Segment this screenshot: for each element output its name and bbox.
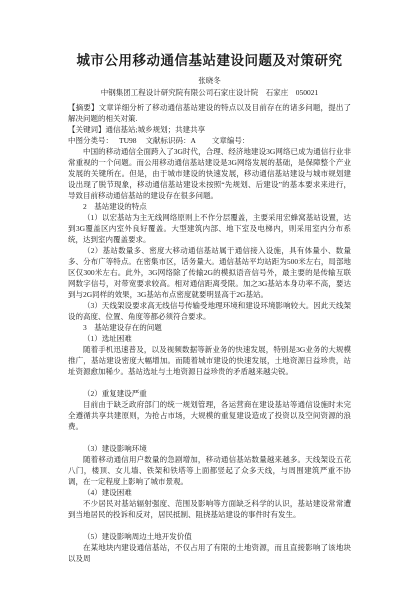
document-page: 城市公用移动通信基站建设问题及对策研究 张晓冬 中钢集团工程设计研究院有限公司石…: [0, 0, 417, 590]
body-paragraph: 不少居民对基站辐射强度、范围及影响等方面缺乏科学的认识，基站建设常常遭到当地居民…: [68, 498, 351, 520]
body-paragraph: （2）基站数量多、密度大移动通信基站属于通信接入设施，具有体量小、数量多、分布广…: [68, 245, 351, 300]
body-paragraph: 目前由于缺乏政府部门的统一规划管理，各运营商在建设基站等通信设施时未完全遵循共享…: [68, 399, 351, 432]
abstract-text: 文章详细分析了移动通信基站建设的特点以及目前存在的诸多问题，提出了解决问题的相关…: [68, 103, 351, 123]
body-paragraph: 在某地块内建设通信基站，不仅占用了有限的土地资源，而且直接影响了该地块以及周: [68, 542, 351, 564]
keywords-label: 【关键词】: [68, 125, 106, 134]
body-paragraph: （1）以宏基站为主无线网络原则上不作分层覆盖，主要采用宏蜂窝基站设置，达到3G覆…: [68, 212, 351, 245]
paper-title: 城市公用移动通信基站建设问题及对策研究: [68, 52, 351, 69]
subsection-heading: （2）重复建设严重: [68, 388, 351, 399]
doc-code-value: A: [191, 135, 196, 146]
keywords-line: 【关键词】通信基站;城乡规划；共建共享: [68, 124, 351, 135]
doc-code-label: 文献标识码：: [146, 135, 191, 146]
meta-line: 中图分类号：TU98文献标识码：A文章编号：: [68, 135, 351, 146]
subsection-heading: （1）选址困难: [68, 333, 351, 344]
body-paragraph: 中国的移动通信全面跨入了3G时代，合理、经济地建设3G网络已成为通信行业非常重视…: [68, 146, 351, 201]
blank-line: [68, 432, 351, 443]
body-paragraph: 随着手机迅速普及，以及视频数据等新业务的快速发展，特别是3G业务的大规模推广，基…: [68, 344, 351, 377]
body-paragraph: （3）天线架设要求高无线信号传输受地理环境和建设环境影响较大。因此天线架设的高度…: [68, 300, 351, 322]
abstract-line: 【摘要】文章详细分析了移动通信基站建设的特点以及目前存在的诸多问题，提出了解决问…: [68, 102, 351, 124]
clc-label: 中图分类号：: [68, 135, 113, 146]
keywords-text: 通信基站;城乡规划；共建共享: [106, 125, 206, 134]
subsection-heading: （4）建设困难: [68, 487, 351, 498]
abstract-label: 【摘要】: [68, 103, 99, 112]
section-heading: 3 基站建设存在的问题: [68, 322, 351, 333]
body-paragraph: 随着移动通信用户数量的急剧增加，移动通信基站数量越来越多。天线架设五花八门，楼顶…: [68, 454, 351, 487]
subsection-heading: （5）建设影响周边土地开发价值: [68, 531, 351, 542]
subsection-heading: （3）建设影响环境: [68, 443, 351, 454]
blank-line: [68, 377, 351, 388]
section-heading: 2 基站建设的特点: [68, 201, 351, 212]
author-affiliation: 中钢集团工程设计研究院有限公司石家庄设计院 石家庄 050021: [68, 87, 351, 99]
blank-line: [68, 520, 351, 531]
author-name: 张晓冬: [68, 75, 351, 87]
clc-value: TU98: [119, 135, 137, 146]
article-id-label: 文章编号：: [212, 135, 250, 146]
